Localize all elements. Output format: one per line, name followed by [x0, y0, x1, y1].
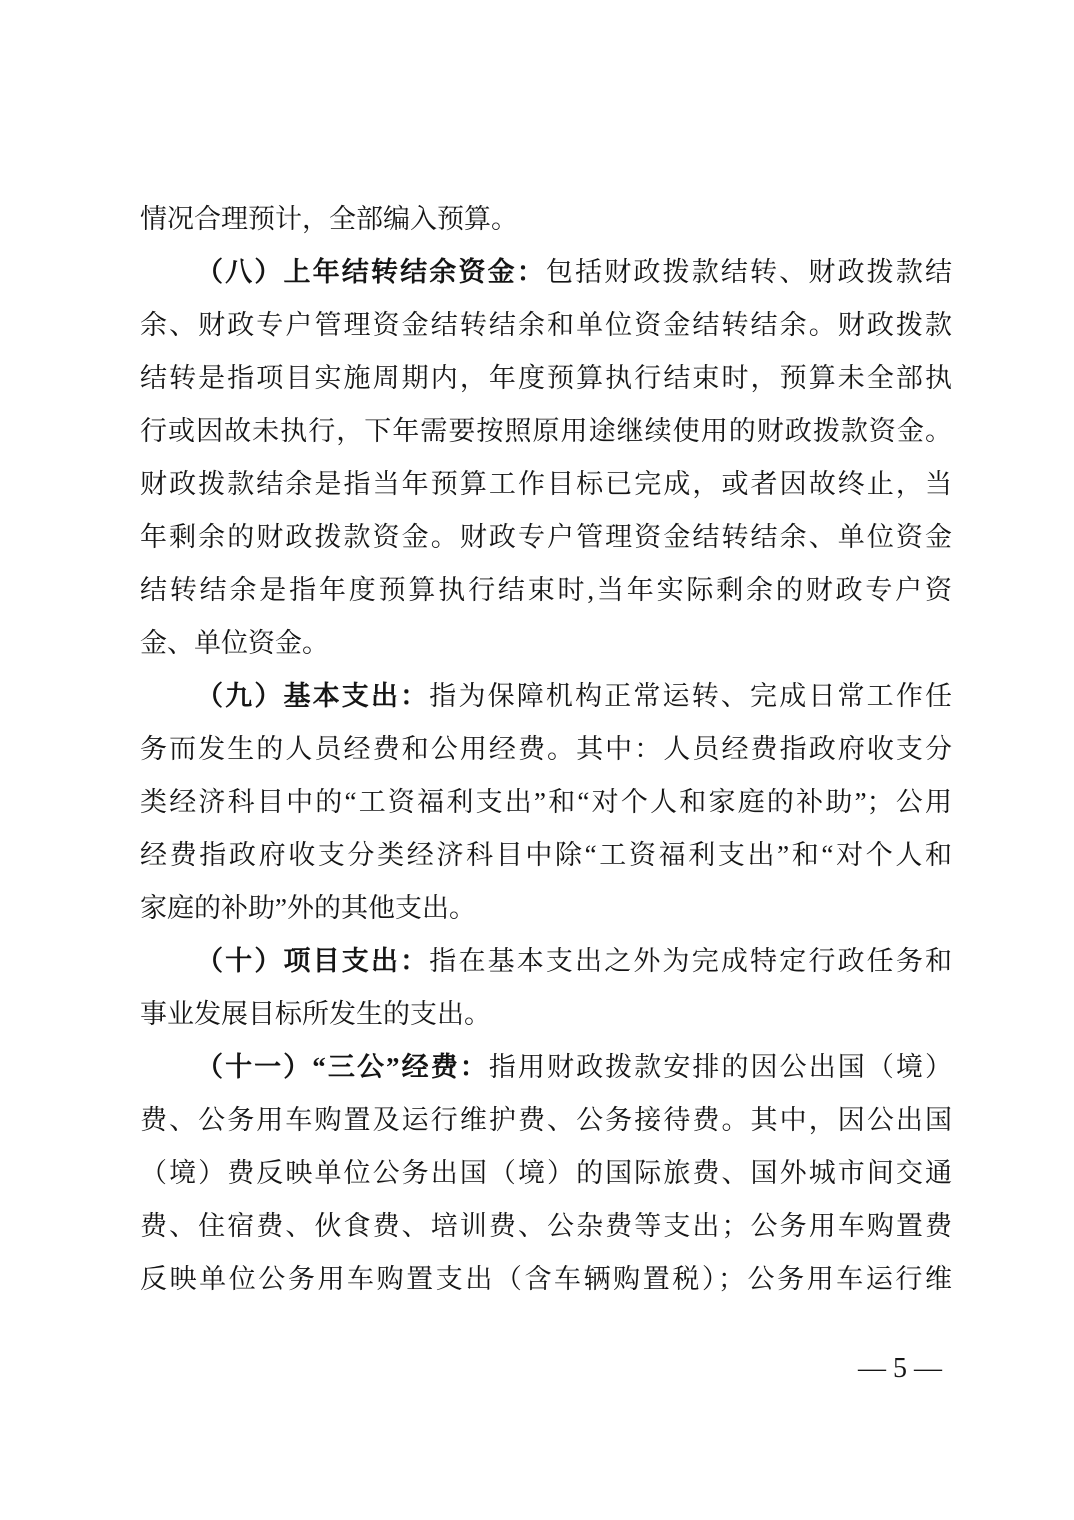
text-segment: 指在基本支出之外为完成特定行政任务和 [429, 946, 952, 976]
paragraph-heading: （八）上年结转结余资金： [196, 257, 546, 287]
text-segment: （境）费反映单位公务出国（境）的国际旅费、国外城市间交通 [140, 1158, 952, 1188]
page-number: — 5 — [858, 1354, 942, 1384]
text-line: 结转结余是指年度预算执行结束时,当年实际剩余的财政专户资 [140, 564, 952, 617]
text-line: 财政拨款结余是指当年预算工作目标已完成，或者因故终止，当 [140, 458, 952, 511]
text-line: （九）基本支出：指为保障机构正常运转、完成日常工作任 [140, 670, 952, 723]
text-line: 反映单位公务用车购置支出（含车辆购置税）；公务用车运行维 [140, 1253, 952, 1306]
text-segment: 类经济科目中的“工资福利支出”和“对个人和家庭的补助”；公用 [140, 787, 952, 817]
text-line: 行或因故未执行，下年需要按照原用途继续使用的财政拨款资金。 [140, 405, 952, 458]
text-line: 类经济科目中的“工资福利支出”和“对个人和家庭的补助”；公用 [140, 776, 952, 829]
text-line: 经费指政府收支分类经济科目中除“工资福利支出”和“对个人和 [140, 829, 952, 882]
text-line: 事业发展目标所发生的支出。 [140, 988, 952, 1041]
text-segment: 金、单位资金。 [140, 628, 329, 658]
text-line: 余、财政专户管理资金结转结余和单位资金结转结余。财政拨款 [140, 299, 952, 352]
text-segment: 年剩余的财政拨款资金。财政专户管理资金结转结余、单位资金 [140, 522, 952, 552]
text-segment: 事业发展目标所发生的支出。 [140, 999, 491, 1029]
text-segment: 反映单位公务用车购置支出（含车辆购置税）；公务用车运行维 [140, 1264, 952, 1294]
paragraph-heading: （十）项目支出： [196, 946, 429, 976]
text-segment: 务而发生的人员经费和公用经费。其中：人员经费指政府收支分 [140, 734, 952, 764]
text-segment: 费、公务用车购置及运行维护费、公务接待费。其中，因公出国 [140, 1105, 952, 1135]
text-line: 务而发生的人员经费和公用经费。其中：人员经费指政府收支分 [140, 723, 952, 776]
text-segment: 费、住宿费、伙食费、培训费、公杂费等支出；公务用车购置费 [140, 1211, 952, 1241]
text-line: （十一）“三公”经费：指用财政拨款安排的因公出国（境） [140, 1041, 952, 1094]
text-line: 费、公务用车购置及运行维护费、公务接待费。其中，因公出国 [140, 1094, 952, 1147]
text-line: 金、单位资金。 [140, 617, 952, 670]
text-line: 结转是指项目实施周期内，年度预算执行结束时，预算未全部执 [140, 352, 952, 405]
text-segment: 指用财政拨款安排的因公出国（境） [489, 1052, 952, 1082]
text-segment: 结转是指项目实施周期内，年度预算执行结束时，预算未全部执 [140, 363, 952, 393]
text-line: 家庭的补助”外的其他支出。 [140, 882, 952, 935]
text-segment: 结转结余是指年度预算执行结束时,当年实际剩余的财政专户资 [140, 575, 952, 605]
document-page: 情况合理预计，全部编入预算。（八）上年结转结余资金：包括财政拨款结转、财政拨款结… [0, 0, 1074, 1520]
text-segment: 行或因故未执行，下年需要按照原用途继续使用的财政拨款资金。 [140, 416, 952, 446]
text-line: 情况合理预计，全部编入预算。 [140, 193, 952, 246]
text-line: （境）费反映单位公务出国（境）的国际旅费、国外城市间交通 [140, 1147, 952, 1200]
paragraph-heading: （十一）“三公”经费： [196, 1052, 489, 1082]
paragraph-heading: （九）基本支出： [196, 681, 429, 711]
text-line: 年剩余的财政拨款资金。财政专户管理资金结转结余、单位资金 [140, 511, 952, 564]
text-line: （八）上年结转结余资金：包括财政拨款结转、财政拨款结 [140, 246, 952, 299]
text-segment: 包括财政拨款结转、财政拨款结 [546, 257, 952, 287]
text-segment: 情况合理预计，全部编入预算。 [140, 204, 518, 234]
text-line: （十）项目支出：指在基本支出之外为完成特定行政任务和 [140, 935, 952, 988]
text-segment: 经费指政府收支分类经济科目中除“工资福利支出”和“对个人和 [140, 840, 952, 870]
text-segment: 家庭的补助”外的其他支出。 [140, 893, 476, 923]
text-segment: 指为保障机构正常运转、完成日常工作任 [429, 681, 952, 711]
document-body: 情况合理预计，全部编入预算。（八）上年结转结余资金：包括财政拨款结转、财政拨款结… [140, 193, 952, 1306]
text-segment: 财政拨款结余是指当年预算工作目标已完成，或者因故终止，当 [140, 469, 952, 499]
text-segment: 余、财政专户管理资金结转结余和单位资金结转结余。财政拨款 [140, 310, 952, 340]
text-line: 费、住宿费、伙食费、培训费、公杂费等支出；公务用车购置费 [140, 1200, 952, 1253]
